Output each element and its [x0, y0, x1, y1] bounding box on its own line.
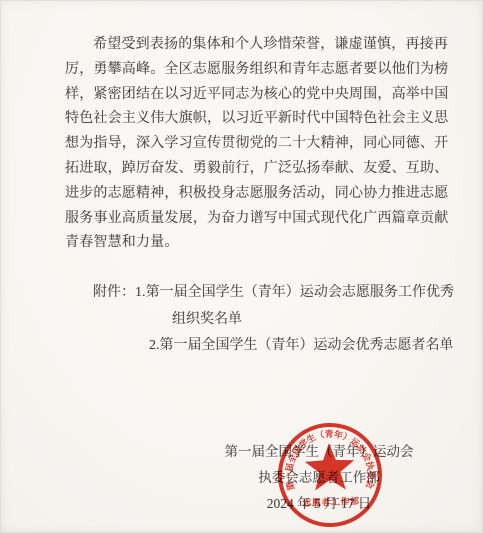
- attachment-item-2: 2.第一届全国学生（青年）运动会优秀志愿者名单: [149, 334, 454, 358]
- seal-star-icon: [304, 442, 355, 491]
- body-paragraph-line: 青春智慧和力量。: [65, 231, 426, 256]
- official-seal: 第一届全国学生（青年）运动会执委会 志愿者工作部: [268, 413, 392, 533]
- body-paragraph-line: 特色社会主义伟大旗帜，以习近平新时代中国特色社会主义思: [65, 107, 426, 132]
- body-paragraph-line: 厉，勇攀高峰。全区志愿服务组织和青年志愿者要以他们为榜: [65, 58, 426, 83]
- body-paragraph-line: 拓进取，踔厉奋发、勇毅前行，广泛弘扬奉献、友爱、互助、: [65, 157, 426, 182]
- attachment-item-1-line-2: 组织奖名单: [172, 308, 242, 332]
- body-paragraph-line: 样，紧密团结在以习近平同志为核心的党中央周围，高举中国: [65, 83, 426, 108]
- body-paragraph-line: 想为指导，深入学习宣传贯彻党的二十大精神，同心同德、开: [65, 132, 426, 157]
- attachment-item-1-line-1: 附件：1.第一届全国学生（青年）运动会志愿服务工作优秀: [93, 281, 454, 305]
- seal-bottom-text: 志愿者工作部: [302, 495, 359, 508]
- body-paragraph-line: 服务事业高质量发展，为奋力谱写中国式现代化广西篇章贡献: [65, 207, 426, 232]
- body-paragraph-line: 希望受到表扬的集体和个人珍惜荣誉，谦虚谨慎，再接再: [65, 33, 426, 58]
- body-paragraph-line: 进步的志愿精神，积极投身志愿服务活动，同心协力推进志愿: [65, 182, 426, 207]
- document-page: 希望受到表扬的集体和个人珍惜荣誉，谦虚谨慎，再接再 厉，勇攀高峰。全区志愿服务组…: [0, 0, 483, 533]
